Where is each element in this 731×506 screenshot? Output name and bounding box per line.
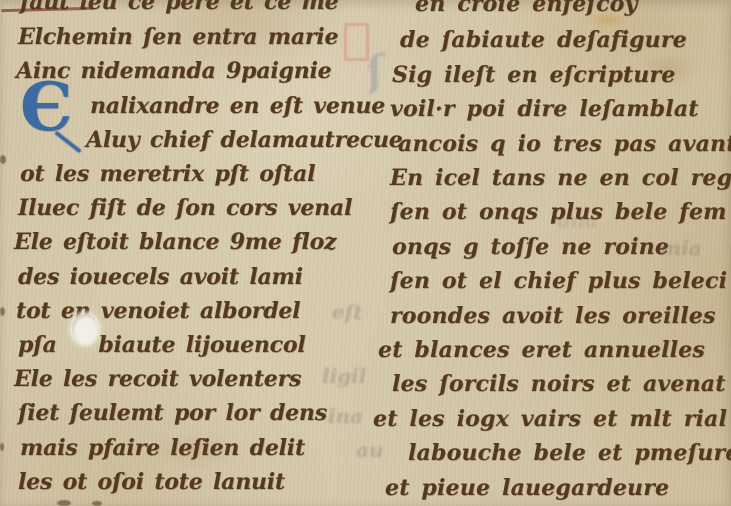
edge-speck xyxy=(0,155,6,164)
text-line: ſaut leu ce pere et ce me xyxy=(20,0,338,16)
text-line: Ele les recoit volenters xyxy=(14,365,301,393)
showthrough-mark: eſt xyxy=(332,299,363,324)
text-line: ſiet ſeulemt por lor dens xyxy=(18,399,327,427)
text-line: Elchemin ſen entra marie xyxy=(18,23,338,51)
text-line: tot en venoiet albordel xyxy=(16,297,300,325)
edge-speck xyxy=(57,500,71,506)
edge-speck xyxy=(0,443,4,451)
text-line: Iluec fiſt de ſon cors venal xyxy=(18,194,352,222)
text-line: Sig ileſt en eſcripture xyxy=(392,61,675,89)
text-line: et les iogx vairs et mlt rial xyxy=(373,405,727,433)
text-line: ſen ot el chief plus beleci xyxy=(390,267,727,295)
manuscript-page: ſaut leu ce pere et ce me Elchemin ſen e… xyxy=(0,0,731,506)
text-line: les ſorcils noirs et avenat xyxy=(392,370,726,398)
text-line: de ſabiaute deſafigure xyxy=(400,26,687,54)
text-line: et pieue lauegardeure xyxy=(385,474,669,502)
text-line: En icel tans ne en col regn xyxy=(390,164,731,192)
text-line: voil·r poi dire leſamblat xyxy=(390,95,699,123)
text-line: les ot oſoi tote lanuit xyxy=(18,468,285,496)
text-line: pſa biaute lijouencol xyxy=(18,331,306,359)
text-line: nalixandre en eſt venue xyxy=(90,92,385,120)
showthrough-mark: una xyxy=(556,208,598,232)
text-line: Aluy chief delamautrecue xyxy=(86,126,403,154)
showthrough-mark: mia xyxy=(660,236,702,260)
text-line: Ele eſtoit blance 9me floz xyxy=(14,228,336,256)
edge-speck xyxy=(92,501,102,506)
parchment-hole xyxy=(72,314,98,344)
text-line: onqs g toſſe ne roine xyxy=(392,233,669,261)
illuminated-initial-E: Є xyxy=(20,76,73,138)
showthrough-mark: ligil xyxy=(322,364,366,388)
text-line: ancois q io tres pas avant xyxy=(398,130,731,158)
text-line: en croie enfeſcoy xyxy=(415,0,638,18)
text-line: mais pfaire leſien delit xyxy=(20,434,305,462)
text-line: et blances eret annuelles xyxy=(378,336,705,364)
edge-speck xyxy=(0,307,5,316)
text-line: des iouecels avoit lami xyxy=(18,263,303,291)
text-line: roondes avoit les oreilles xyxy=(390,302,716,330)
showthrough-mark: au xyxy=(356,438,384,462)
showthrough-mark: ina xyxy=(328,404,363,428)
text-line: ot les meretrix pſt oſtal xyxy=(20,160,315,188)
text-line: labouche bele et pmeſure xyxy=(408,439,731,467)
